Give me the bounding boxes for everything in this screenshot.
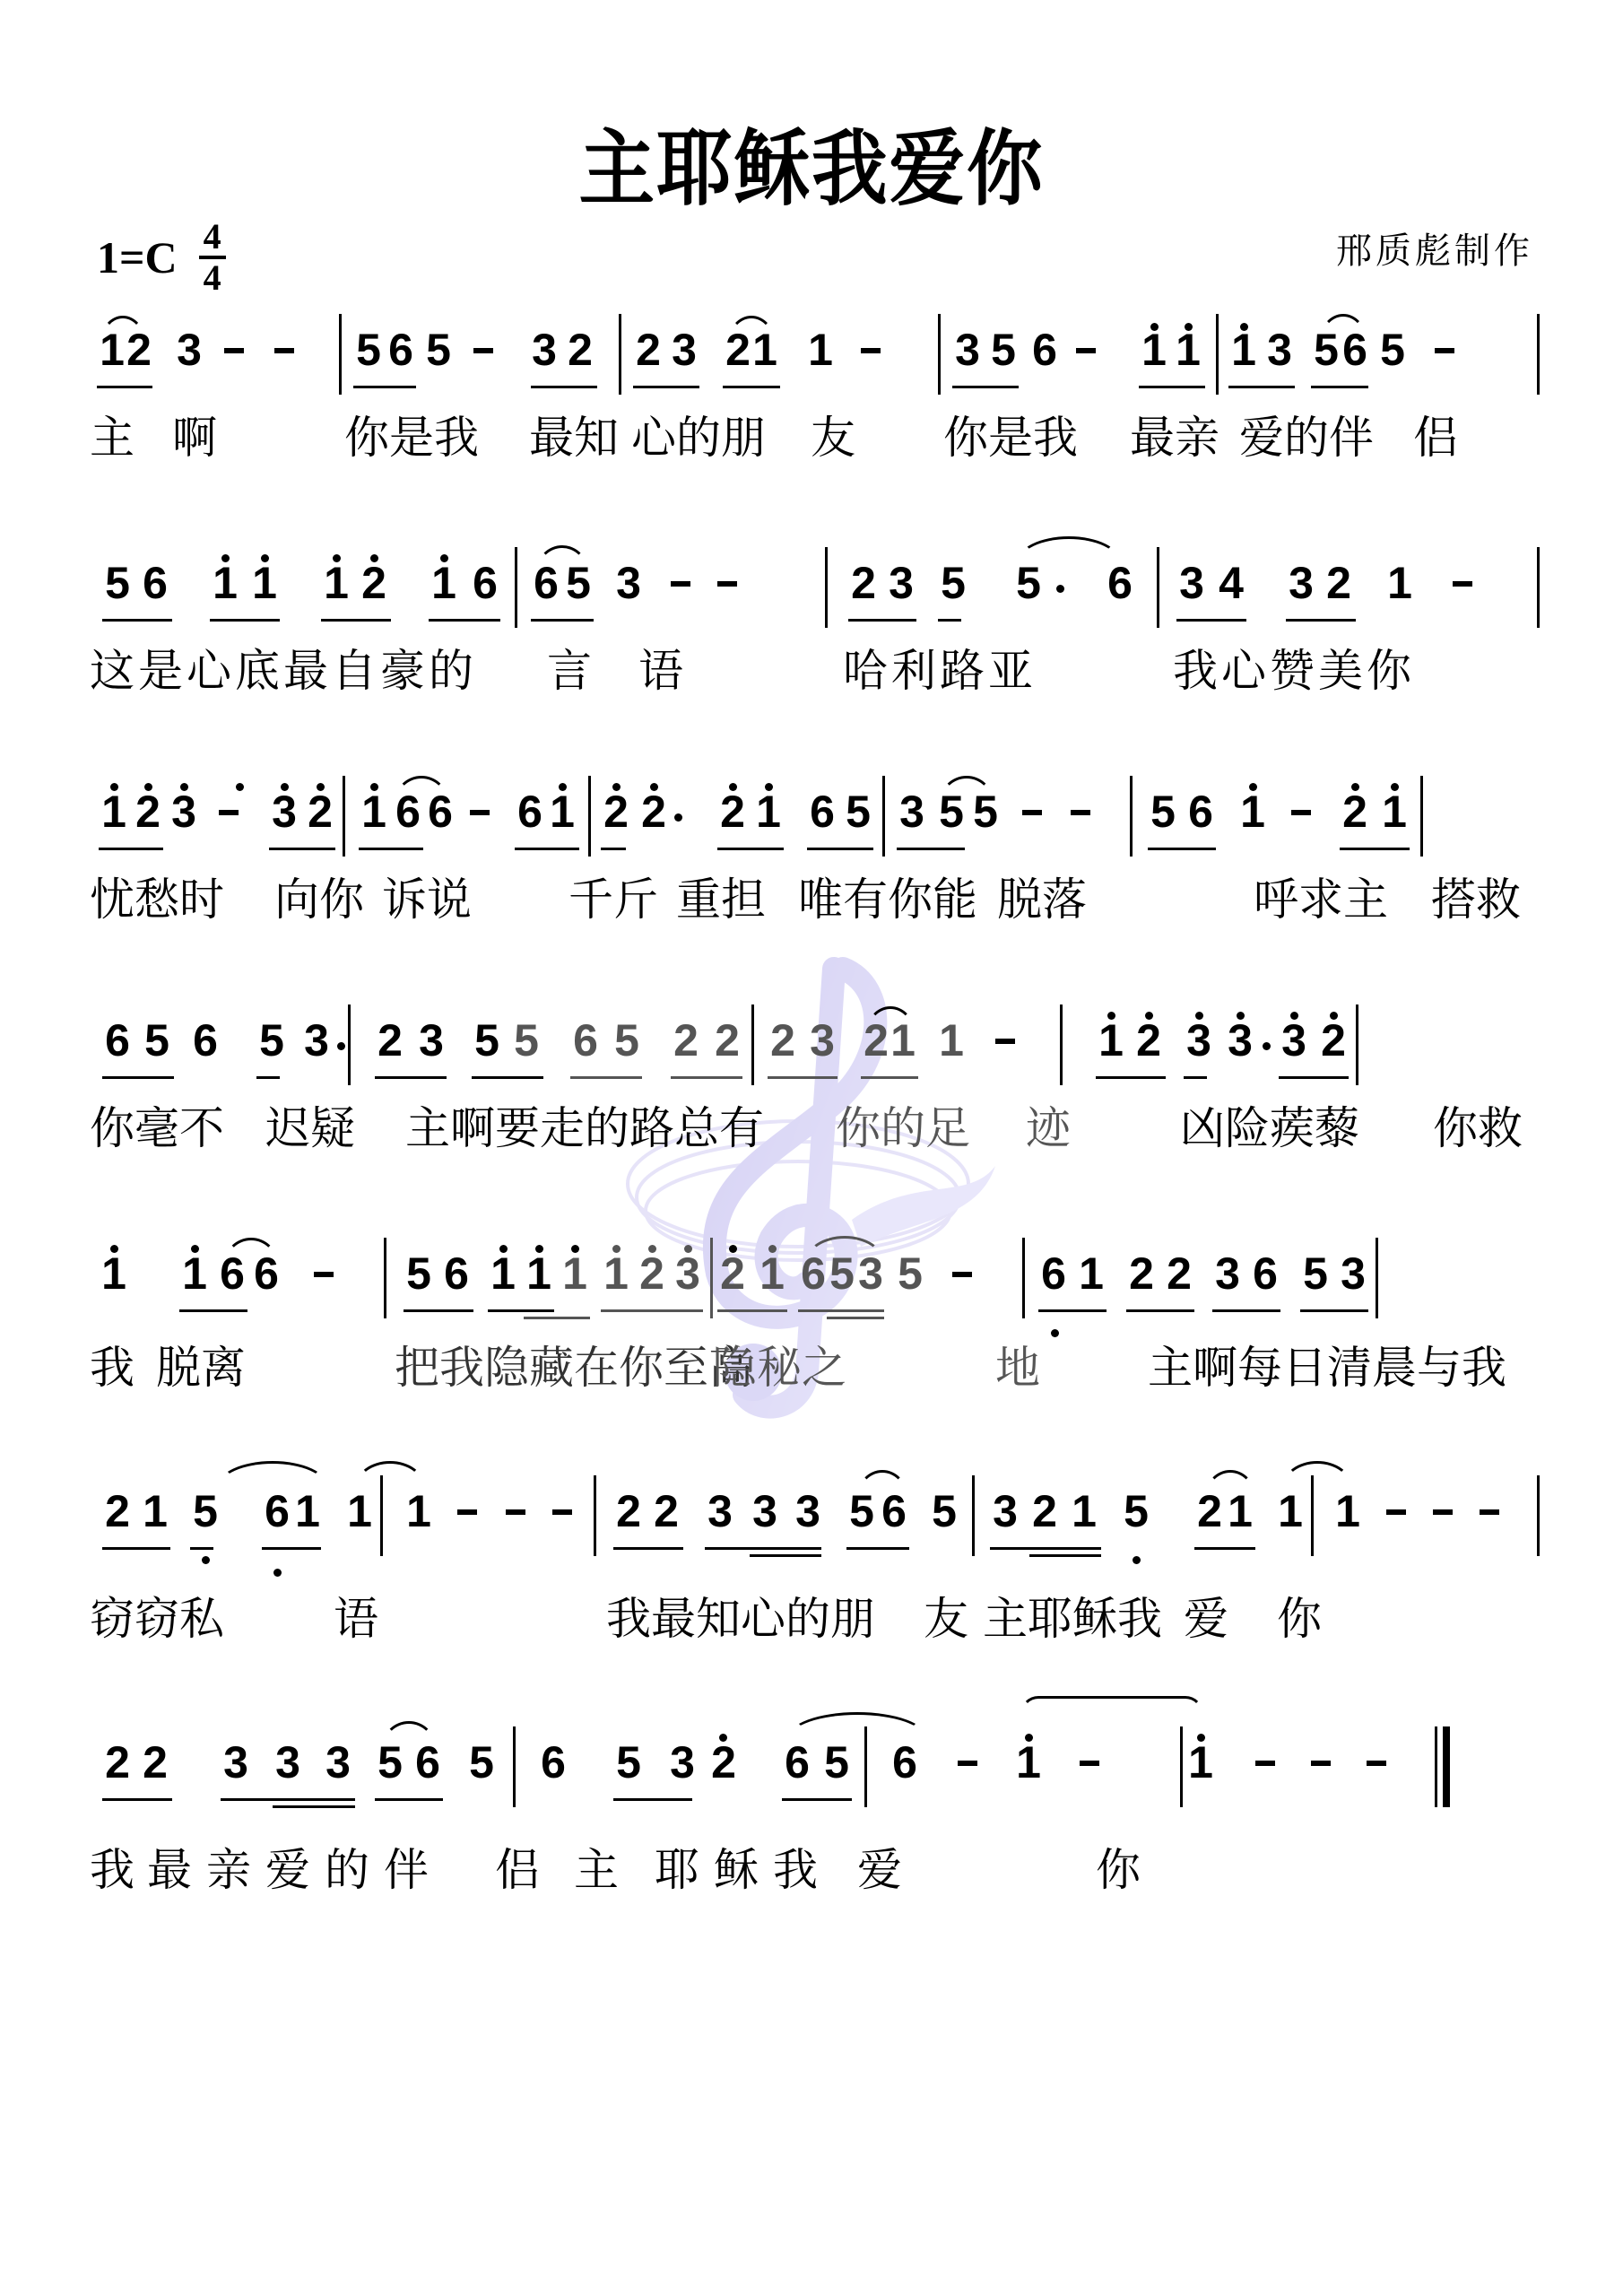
barline — [619, 314, 621, 395]
beam-underline — [256, 1076, 280, 1079]
sustain-dash — [1022, 810, 1042, 815]
lyrics-row: 这是心底最自豪的 言 语 哈利路亚 我心赞美你 — [90, 635, 1542, 698]
note: 1 — [292, 1484, 323, 1538]
note: 2 — [140, 1735, 170, 1789]
note: 2 — [601, 785, 631, 839]
beam-underline — [190, 1547, 213, 1550]
note: 2 — [1194, 1484, 1225, 1538]
beam-underline — [375, 1076, 447, 1079]
barline — [384, 1238, 386, 1318]
note: 6 — [890, 1735, 920, 1789]
note: 3 — [269, 785, 299, 839]
score-line-5: 1 1 6 6 56 1 1 1 1 2 3 2 1 653 5 6 1 22 … — [90, 1220, 1542, 1408]
beam-underline — [1096, 1076, 1166, 1079]
note: 1 — [936, 1013, 967, 1067]
note: 3 — [416, 1013, 447, 1067]
beam-underline — [269, 848, 335, 850]
barline — [882, 776, 885, 857]
lyric: 侣 — [1413, 402, 1458, 466]
note: 5 — [821, 1735, 852, 1789]
lyric: 重担 — [676, 864, 766, 928]
note: 1 — [1173, 323, 1203, 377]
note: 6 — [1105, 556, 1135, 610]
key-signature: 1=C 4 4 — [97, 220, 226, 295]
lyric: 搭救 — [1431, 864, 1521, 928]
lyric: 诉说 — [382, 864, 472, 928]
lyric: 语 — [334, 1583, 378, 1648]
lyric: 窃窃私 — [90, 1583, 224, 1648]
note: 6 — [386, 323, 416, 377]
lyrics-row: 忧愁时 向你 诉说 千斤 重担 唯有你能 脱落 呼求主 搭救 — [90, 864, 1542, 926]
barline — [1022, 1238, 1025, 1318]
note: 5 — [1148, 785, 1178, 839]
note: 6 — [807, 785, 838, 839]
barline — [1180, 1726, 1183, 1807]
lyric: 亲 — [206, 1834, 251, 1899]
note: 5 — [613, 1735, 644, 1789]
note: 2 — [717, 785, 748, 839]
beam-underline — [601, 1309, 703, 1312]
note: 1 — [753, 785, 784, 839]
note: 5 — [563, 556, 594, 610]
beam-underline — [768, 1076, 838, 1079]
score-line-1: 12 3 56 5 32 23 21 1 35 6 1 1 1 3 56 5 — [90, 296, 1542, 484]
octave-dot — [1056, 585, 1064, 593]
beam-underline — [952, 386, 1019, 388]
sustain-dash — [314, 1272, 334, 1277]
sustain-dash — [1311, 1761, 1331, 1766]
beam-underline — [221, 1798, 355, 1801]
lyrics-row: 你毫不 迟疑 主啊要走的路总有 你的足 迹 凶险蒺藜 你救 — [90, 1092, 1542, 1155]
author-credit: 邢质彪制作 — [1336, 222, 1533, 274]
lyric: 心的朋 — [631, 402, 766, 466]
barline — [1157, 547, 1159, 628]
lyric: 哈利路亚 — [843, 635, 1037, 700]
beam-underline — [429, 619, 500, 622]
note: 1 — [1379, 785, 1410, 839]
barline — [1537, 547, 1540, 628]
lyric: 主耶稣我 — [983, 1583, 1162, 1648]
note: 3 — [529, 323, 560, 377]
note: 2 — [1340, 785, 1370, 839]
lyric: 你 — [1277, 1583, 1322, 1648]
note: 6 — [1185, 785, 1216, 839]
beam-underline — [1286, 619, 1356, 622]
notes-row: 22 333 56 5 6 53 2 65 6 1 1 — [90, 1709, 1542, 1816]
beam-underline — [717, 848, 784, 850]
lyric: 爱 — [265, 1834, 310, 1899]
note: 2 — [861, 1013, 891, 1067]
sustain-dash — [1435, 348, 1454, 353]
sustain-dash — [1291, 810, 1311, 815]
note: 2 — [102, 1484, 133, 1538]
beam-underline — [359, 848, 423, 850]
beam-underline — [861, 1076, 918, 1079]
note: 6 — [140, 556, 170, 610]
barline — [1537, 1475, 1540, 1556]
note: 4 — [1216, 556, 1246, 610]
sustain-dash — [1071, 810, 1090, 815]
note: 5 — [472, 1013, 502, 1067]
note: 2 — [633, 323, 664, 377]
note: 6 — [570, 1013, 601, 1067]
note: 3 — [793, 1484, 823, 1538]
lyric: 呼求主 — [1254, 864, 1388, 928]
beam-underline — [262, 1547, 321, 1550]
note: 3 — [273, 1735, 303, 1789]
beam-underline — [102, 1076, 174, 1079]
note: 5 — [1377, 323, 1408, 377]
note: 5 — [938, 556, 968, 610]
note: 2 — [848, 556, 879, 610]
note: 2 — [723, 323, 753, 377]
sustain-dash — [473, 348, 493, 353]
sustain-dash — [552, 1509, 572, 1515]
beam-underline — [273, 1805, 355, 1808]
octave-dot — [674, 813, 682, 822]
sustain-dash — [1076, 348, 1096, 353]
sustain-dash — [995, 1039, 1015, 1044]
note: 5 — [1013, 556, 1044, 610]
notes-row: 56 1 1 1 2 1 6 65 3 23 5 5 6 34 32 1 — [90, 529, 1542, 637]
notes-row: 1 2 3 3 3 2 1 6 6 6 1 2 2 2 1 65 3 5 5 5… — [90, 758, 1542, 865]
note: 3 — [1212, 1247, 1243, 1300]
lyric: 把我隐藏在你至高 — [395, 1332, 753, 1396]
barline — [1060, 1004, 1063, 1085]
note: 6 — [1250, 1247, 1280, 1300]
note: 2 — [1029, 1484, 1060, 1538]
beam-underline — [633, 386, 699, 388]
note: 6 — [798, 1247, 829, 1300]
beam-underline — [613, 1547, 683, 1550]
lyric: 我最知心的朋 — [606, 1583, 875, 1648]
note: 2 — [1164, 1247, 1194, 1300]
lyric: 最 — [147, 1834, 192, 1899]
sustain-dash — [952, 1272, 972, 1277]
note: 2 — [1318, 1013, 1349, 1067]
note: 3 — [1264, 323, 1295, 377]
note: 1 — [547, 785, 577, 839]
lyric: 的 — [325, 1834, 369, 1899]
lyric: 语 — [638, 635, 683, 700]
note: 3 — [855, 1247, 886, 1300]
beam-underline — [1029, 1554, 1101, 1557]
lyric: 隐秘之 — [712, 1332, 846, 1396]
score-line-7: 22 333 56 5 6 53 2 65 6 1 1 我 最 亲 爱 的 伴 … — [90, 1700, 1542, 1888]
beam-underline — [1139, 386, 1205, 388]
beam-underline — [1340, 848, 1410, 850]
lyric: 最知 — [529, 402, 619, 466]
note: 3 — [1338, 1247, 1368, 1300]
beam-underline — [827, 1317, 884, 1319]
lyric: 你的足 — [836, 1092, 970, 1157]
note: 2 — [305, 785, 335, 839]
lyric: 爱 — [857, 1834, 902, 1899]
note: 6 — [1029, 323, 1060, 377]
octave-dot — [1263, 1042, 1271, 1050]
beam-underline — [531, 619, 594, 622]
barline — [710, 1238, 713, 1318]
note: 3 — [301, 1013, 332, 1067]
beam-underline — [601, 848, 626, 850]
note: 2 — [651, 1484, 681, 1538]
lyric: 主 — [574, 1834, 619, 1899]
sustain-dash — [1453, 581, 1472, 587]
sustain-dash — [470, 810, 490, 815]
lyric: 向你 — [274, 864, 364, 928]
beam-underline — [353, 386, 416, 388]
note: 3 — [169, 785, 199, 839]
note: 5 — [423, 323, 454, 377]
beam-underline — [102, 1798, 172, 1801]
time-signature-bottom: 4 — [204, 261, 221, 295]
note: 6 — [879, 1484, 909, 1538]
note: 1 — [1275, 1484, 1306, 1538]
barline — [1537, 314, 1540, 395]
beam-underline — [671, 1076, 742, 1079]
lyric: 友 — [924, 1583, 968, 1648]
beam-underline — [1228, 386, 1295, 388]
lyrics-row: 我 脱离 把我隐藏在你至高 隐秘之 地 主啊每日清晨与我 — [90, 1332, 1542, 1395]
barline — [938, 314, 941, 395]
beam-underline — [1194, 1547, 1255, 1550]
note: 1 — [601, 1247, 631, 1300]
beam-underline — [102, 619, 172, 622]
note: 5 — [827, 1247, 857, 1300]
score-line-3: 1 2 3 3 3 2 1 6 6 6 1 2 2 2 1 65 3 5 5 5… — [90, 758, 1542, 946]
note: 1 — [97, 323, 127, 377]
note: 1 — [99, 785, 129, 839]
lyric: 言 — [547, 635, 592, 700]
beam-underline — [531, 386, 597, 388]
notes-row: 12 3 56 5 32 23 21 1 35 6 1 1 1 3 56 5 — [90, 296, 1542, 404]
note: 6 — [190, 1013, 221, 1067]
note: 1 — [488, 1247, 518, 1300]
note: 6 — [470, 556, 500, 610]
beam-underline — [472, 1076, 543, 1079]
lyric: 你毫不 — [90, 1092, 224, 1157]
sustain-dash — [1255, 1761, 1275, 1766]
note: 1 — [1139, 323, 1169, 377]
note: 5 — [466, 1735, 497, 1789]
beam-underline — [990, 1547, 1101, 1550]
note: 3 — [1286, 556, 1316, 610]
beam-underline — [613, 1798, 692, 1801]
note: 5 — [843, 785, 873, 839]
note: 6 — [102, 1013, 133, 1067]
beam-underline — [897, 848, 965, 850]
slur-arc — [1282, 1461, 1352, 1487]
note: 6 — [262, 1484, 292, 1538]
note: 5 — [102, 556, 133, 610]
lyric: 唯有你能 — [798, 864, 977, 928]
note: 3 — [1225, 1013, 1255, 1067]
note: 3 — [897, 785, 927, 839]
lyrics-row: 我 最 亲 爱 的 伴 侣 主 耶 稣 我 爱 你 — [90, 1834, 1542, 1897]
note: 2 — [565, 323, 595, 377]
note: 3 — [323, 1735, 353, 1789]
beam-underline — [938, 619, 961, 622]
beam-underline — [846, 1547, 909, 1550]
sustain-dash — [671, 581, 690, 587]
note: 1 — [1237, 785, 1268, 839]
lyric: 最亲 — [1130, 402, 1219, 466]
barline — [513, 1726, 516, 1807]
beam-underline — [1300, 1309, 1368, 1312]
sustain-dash — [457, 1509, 477, 1515]
beam-underline — [848, 619, 916, 622]
slur-arc — [787, 1712, 927, 1738]
note: 2 — [133, 785, 163, 839]
beam-underline — [179, 1309, 247, 1312]
beam-underline — [807, 848, 873, 850]
beam-underline — [524, 1317, 590, 1319]
lyrics-row: 主 啊 你是我 最知 心的朋 友 你是我 最亲 爱的伴 侣 — [90, 402, 1542, 465]
slur-arc — [217, 1461, 328, 1487]
slur-arc — [1020, 1696, 1203, 1722]
note: 5 — [1311, 323, 1341, 377]
note: 2 — [375, 1013, 405, 1067]
beam-underline — [1148, 848, 1216, 850]
note: 1 — [140, 1484, 170, 1538]
beam-underline — [723, 386, 780, 388]
sustain-dash — [506, 1509, 525, 1515]
note: 5 — [190, 1484, 221, 1538]
beam-underline — [782, 1798, 852, 1801]
beam-underline — [99, 848, 163, 850]
sustain-dash — [861, 348, 881, 353]
note: 5 — [511, 1013, 542, 1067]
barline — [1130, 776, 1133, 857]
lyric: 迟疑 — [265, 1092, 355, 1157]
note: 2 — [1133, 1013, 1164, 1067]
note: 6 — [515, 785, 545, 839]
beam-underline — [488, 1309, 554, 1312]
barline — [1420, 776, 1423, 857]
sustain-dash — [1080, 1761, 1099, 1766]
octave-dot — [1133, 1556, 1141, 1564]
note: 6 — [412, 1735, 443, 1789]
note: 2 — [712, 1013, 742, 1067]
beam-underline — [1279, 1076, 1349, 1079]
note: 5 — [936, 785, 967, 839]
lyric: 爱的伴 — [1239, 402, 1374, 466]
note: 1 — [1013, 1735, 1044, 1789]
notes-row: 21 5 61 1 1 22 333 56 5 321 5 21 1 1 — [90, 1457, 1542, 1565]
barline — [1216, 314, 1219, 395]
lyric: 这是心底最自豪的 — [90, 635, 477, 700]
lyric: 爱 — [1184, 1583, 1228, 1648]
note: 3 — [673, 1247, 703, 1300]
note: 6 — [531, 556, 561, 610]
beam-underline — [1184, 1076, 1207, 1079]
note: 3 — [667, 1735, 698, 1789]
note: 2 — [1324, 556, 1354, 610]
note: 1 — [359, 785, 389, 839]
note: 1 — [321, 556, 352, 610]
note: 3 — [990, 1484, 1020, 1538]
note: 3 — [952, 323, 983, 377]
lyric: 耶 — [655, 1834, 699, 1899]
note: 3 — [1279, 1013, 1309, 1067]
lyric: 主 — [90, 402, 135, 466]
note: 6 — [782, 1735, 812, 1789]
note: 3 — [669, 323, 699, 377]
lyric: 你是我 — [943, 402, 1078, 466]
note: 1 — [757, 1247, 787, 1300]
barline — [343, 776, 345, 857]
note: 5 — [970, 785, 1001, 839]
note: 1 — [404, 1484, 434, 1538]
note: 1 — [1076, 1247, 1107, 1300]
note: 2 — [638, 785, 669, 839]
note: 1 — [1384, 556, 1415, 610]
note: 6 — [251, 1247, 282, 1300]
barline — [339, 314, 342, 395]
lyric: 我 — [90, 1834, 135, 1899]
note: 1 — [1096, 1013, 1126, 1067]
note: 5 — [353, 323, 384, 377]
time-signature: 4 4 — [199, 220, 226, 295]
note: 1 — [750, 323, 780, 377]
beam-underline — [1311, 386, 1368, 388]
note: 2 — [613, 1484, 644, 1538]
note: 1 — [99, 1247, 129, 1300]
sustain-dash — [1433, 1509, 1453, 1515]
beam-underline — [321, 619, 391, 622]
beam-underline — [97, 386, 152, 388]
lyric: 侣 — [495, 1834, 540, 1899]
beam-underline — [1212, 1309, 1280, 1312]
note: 1 — [1225, 1484, 1255, 1538]
note: 3 — [221, 1735, 251, 1789]
note: 1 — [429, 556, 459, 610]
note: 6 — [441, 1247, 472, 1300]
beam-underline — [1038, 1309, 1107, 1312]
score-line-6: 21 5 61 1 1 22 333 56 5 321 5 21 1 1 窃窃私… — [90, 1448, 1542, 1637]
note: 2 — [717, 1247, 748, 1300]
barline — [594, 1475, 596, 1556]
lyric: 地 — [995, 1332, 1040, 1396]
note: 5 — [256, 1013, 287, 1067]
lyric: 迹 — [1026, 1092, 1071, 1157]
note: 5 — [375, 1735, 405, 1789]
lyric: 你救 — [1433, 1092, 1523, 1157]
note: 1 — [1185, 1735, 1216, 1789]
note: 1 — [888, 1013, 918, 1067]
octave-dot — [273, 1569, 282, 1577]
note: 5 — [846, 1484, 877, 1538]
beam-underline — [515, 848, 579, 850]
note: 1 — [210, 556, 240, 610]
note: 1 — [179, 1247, 210, 1300]
note: 3 — [807, 1013, 838, 1067]
note: 3 — [750, 1484, 780, 1538]
note: 2 — [359, 556, 389, 610]
note: 1 — [344, 1484, 375, 1538]
note: 3 — [174, 323, 204, 377]
lyric: 忧愁时 — [90, 864, 224, 928]
lyric: 我 — [773, 1834, 818, 1899]
beam-underline — [705, 1547, 821, 1550]
note: 5 — [142, 1013, 172, 1067]
lyric: 脱落 — [997, 864, 1087, 928]
beam-underline — [1126, 1309, 1194, 1312]
barline — [348, 1004, 351, 1085]
note: 1 — [524, 1247, 554, 1300]
beam-underline — [1176, 619, 1246, 622]
barline — [825, 547, 828, 628]
